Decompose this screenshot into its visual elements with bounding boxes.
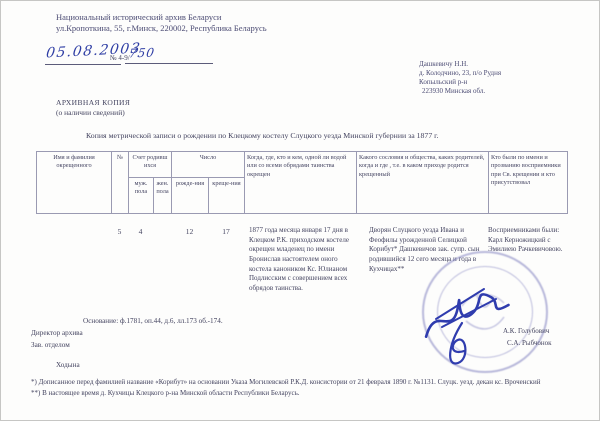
- header-birth-count: Счет родившихся: [129, 152, 172, 178]
- header-female-count: жен. пола: [154, 178, 172, 213]
- footnotes-block: *) Дописанное перед фамилией название «К…: [31, 377, 583, 398]
- record-table-header: Имя и фамилия окрещенного № Счет родивши…: [36, 151, 568, 214]
- record-number-value: 5: [111, 227, 128, 236]
- header-name-of-baptized: Имя и фамилия окрещенного: [37, 152, 112, 213]
- number-underline: [125, 63, 213, 64]
- birth-day-value: 12: [171, 227, 208, 236]
- header-record-number: №: [112, 152, 129, 213]
- director-typed-name: А.К. Голубович: [503, 327, 549, 335]
- header-when-where-baptized: Когда, где, кто и кем, одной ли водой ил…: [245, 152, 357, 213]
- header-male-count: муж. пола: [129, 178, 154, 213]
- letterhead-organization: Национальный исторический архив Беларуси: [56, 12, 221, 22]
- baptism-day-value: 17: [208, 227, 244, 236]
- department-head-typed-name: С.А. Рыбчонок: [507, 339, 552, 347]
- male-count-value: 4: [128, 227, 153, 236]
- baptism-description-text: 1877 года месяца января 17 дня в Клецком…: [249, 226, 359, 294]
- archival-copy-subheading: (о наличии сведений): [56, 108, 125, 117]
- addressee-street: д. Колодчино, 23, п/о Рудня: [419, 69, 501, 77]
- footnote-kukhchitsy: **) В настоящее время д. Кухчицы Клецког…: [31, 388, 583, 399]
- handwritten-outgoing-number: 750: [128, 46, 156, 61]
- archival-reference: Основание: ф.1781, оп.44, д.6, лл.173 об…: [83, 317, 223, 325]
- header-birth-date: рожде-ния: [172, 178, 209, 213]
- scanned-document-page: Национальный исторический архив Беларуси…: [0, 0, 600, 421]
- addressee-name: Дашкевичу Н.Н.: [419, 60, 468, 68]
- footnote-korybut: *) Дописанное перед фамилией название «К…: [31, 377, 583, 388]
- letterhead-address: ул.Кропоткина, 55, г.Минск, 220002, Респ…: [56, 23, 267, 33]
- header-godparents: Кто были по имени и прозванию восприемни…: [489, 152, 567, 213]
- document-title: Копия метрической записи о рождении по К…: [86, 131, 438, 140]
- addressee-district: Копыльский р-н: [419, 78, 467, 86]
- outgoing-number-label: № 4-9/: [110, 54, 130, 62]
- header-parents-estate: Какого сословия и общества, каких родите…: [357, 152, 489, 213]
- addressee-postcode: 223930 Минская обл.: [422, 87, 485, 95]
- header-baptism-date: креще-ния: [209, 178, 245, 213]
- date-underline: [45, 64, 121, 65]
- typist-name: Ходына: [56, 361, 80, 369]
- header-date-group: Число: [172, 152, 245, 178]
- signature-ink: [406, 259, 596, 379]
- department-head-label: Зав. отделом: [31, 341, 70, 349]
- director-label: Директор архива: [31, 329, 83, 337]
- archival-copy-heading: АРХИВНАЯ КОПИЯ: [56, 98, 130, 107]
